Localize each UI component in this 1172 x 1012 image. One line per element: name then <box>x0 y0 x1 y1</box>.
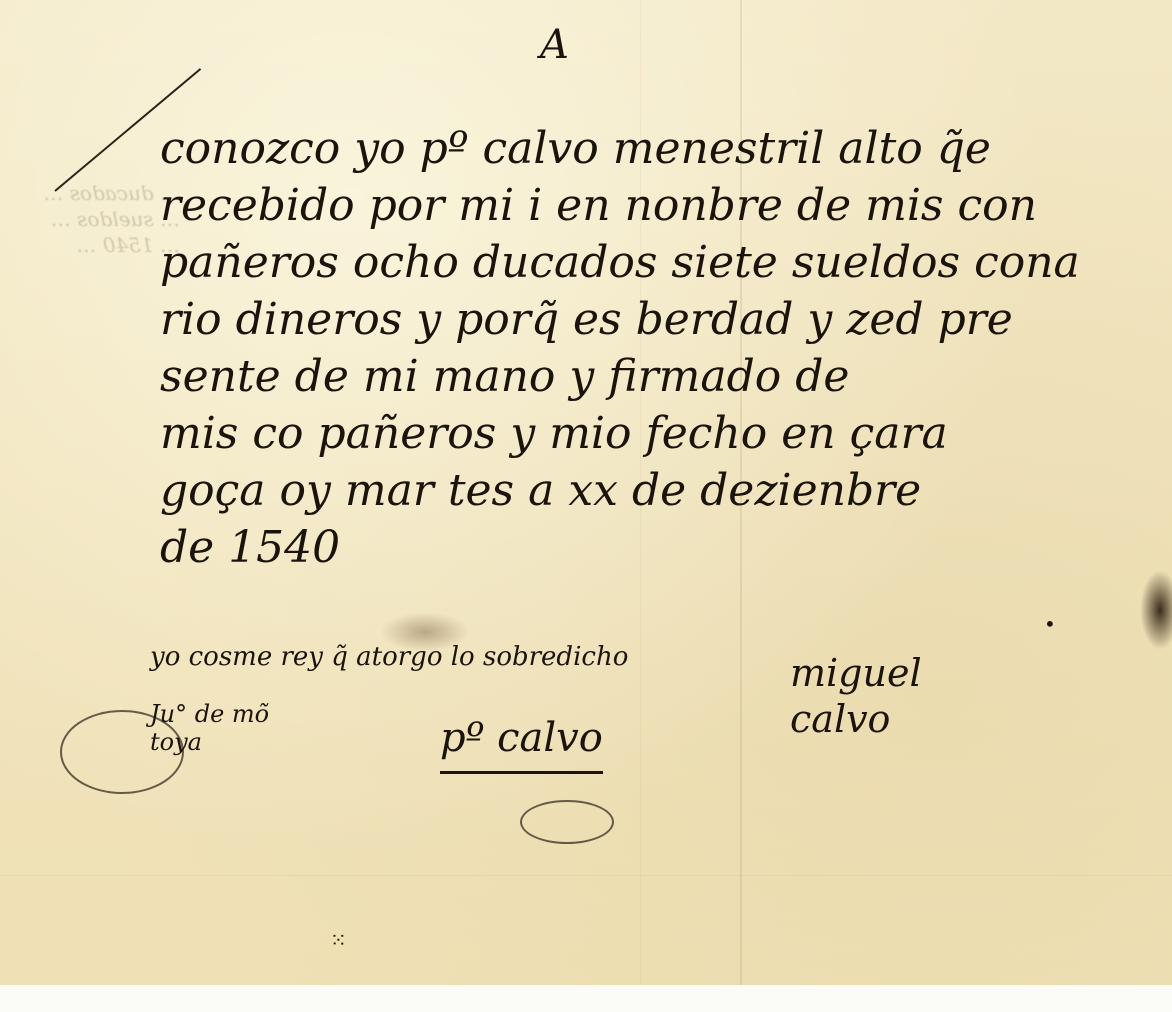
body-line: rio dineros y porq̃ es berdad y zed pre <box>160 291 1080 348</box>
attestation-line: yo cosme rey q̃ atorgo lo sobredicho <box>150 642 628 672</box>
signature-juan-de-montoya: Ju° de mõ toya <box>150 700 269 756</box>
signature-line: Ju° de mõ <box>150 700 269 728</box>
fold-line <box>0 875 1172 876</box>
bleed-line: … 1540 … <box>20 232 180 258</box>
receipt-body: conozco yo pº calvo menestril alto q̃e r… <box>160 120 1080 576</box>
margin-mark: ⁙ <box>330 928 347 952</box>
body-line: de 1540 <box>160 519 1080 576</box>
signature-flourish <box>520 800 614 844</box>
body-line: mis co pañeros y mio fecho en çara <box>160 405 1080 462</box>
body-line: conozco yo pº calvo menestril alto q̃e <box>160 120 1080 177</box>
body-line: recebido por mi i en nonbre de mis con <box>160 177 1080 234</box>
page-mark: A <box>540 22 569 68</box>
body-line: pañeros ocho ducados siete sueldos cona <box>160 234 1080 291</box>
bleed-line: … sueldos … <box>20 206 180 232</box>
edge-stain <box>1140 570 1172 650</box>
bleed-line: … ducados … <box>20 180 180 206</box>
body-line: sente de mi mano y firmado de <box>160 348 1080 405</box>
signature-miguel-calvo: miguel calvo <box>790 650 922 742</box>
signature-line: miguel <box>790 650 922 696</box>
bleed-through-text: … ducados … … sueldos … … 1540 … <box>20 180 180 300</box>
parchment-sheet: … ducados … … sueldos … … 1540 … A conoz… <box>0 0 1172 985</box>
body-line: goça oy mar tes a xx de dezienbre <box>160 462 1080 519</box>
scan-border <box>0 985 1172 1012</box>
signature-pedro-calvo: pº calvo <box>440 715 603 774</box>
signature-line: pº calvo <box>440 715 603 761</box>
ink-dot: • <box>1044 612 1056 636</box>
signature-line: toya <box>150 728 269 756</box>
signature-line: calvo <box>790 696 922 742</box>
